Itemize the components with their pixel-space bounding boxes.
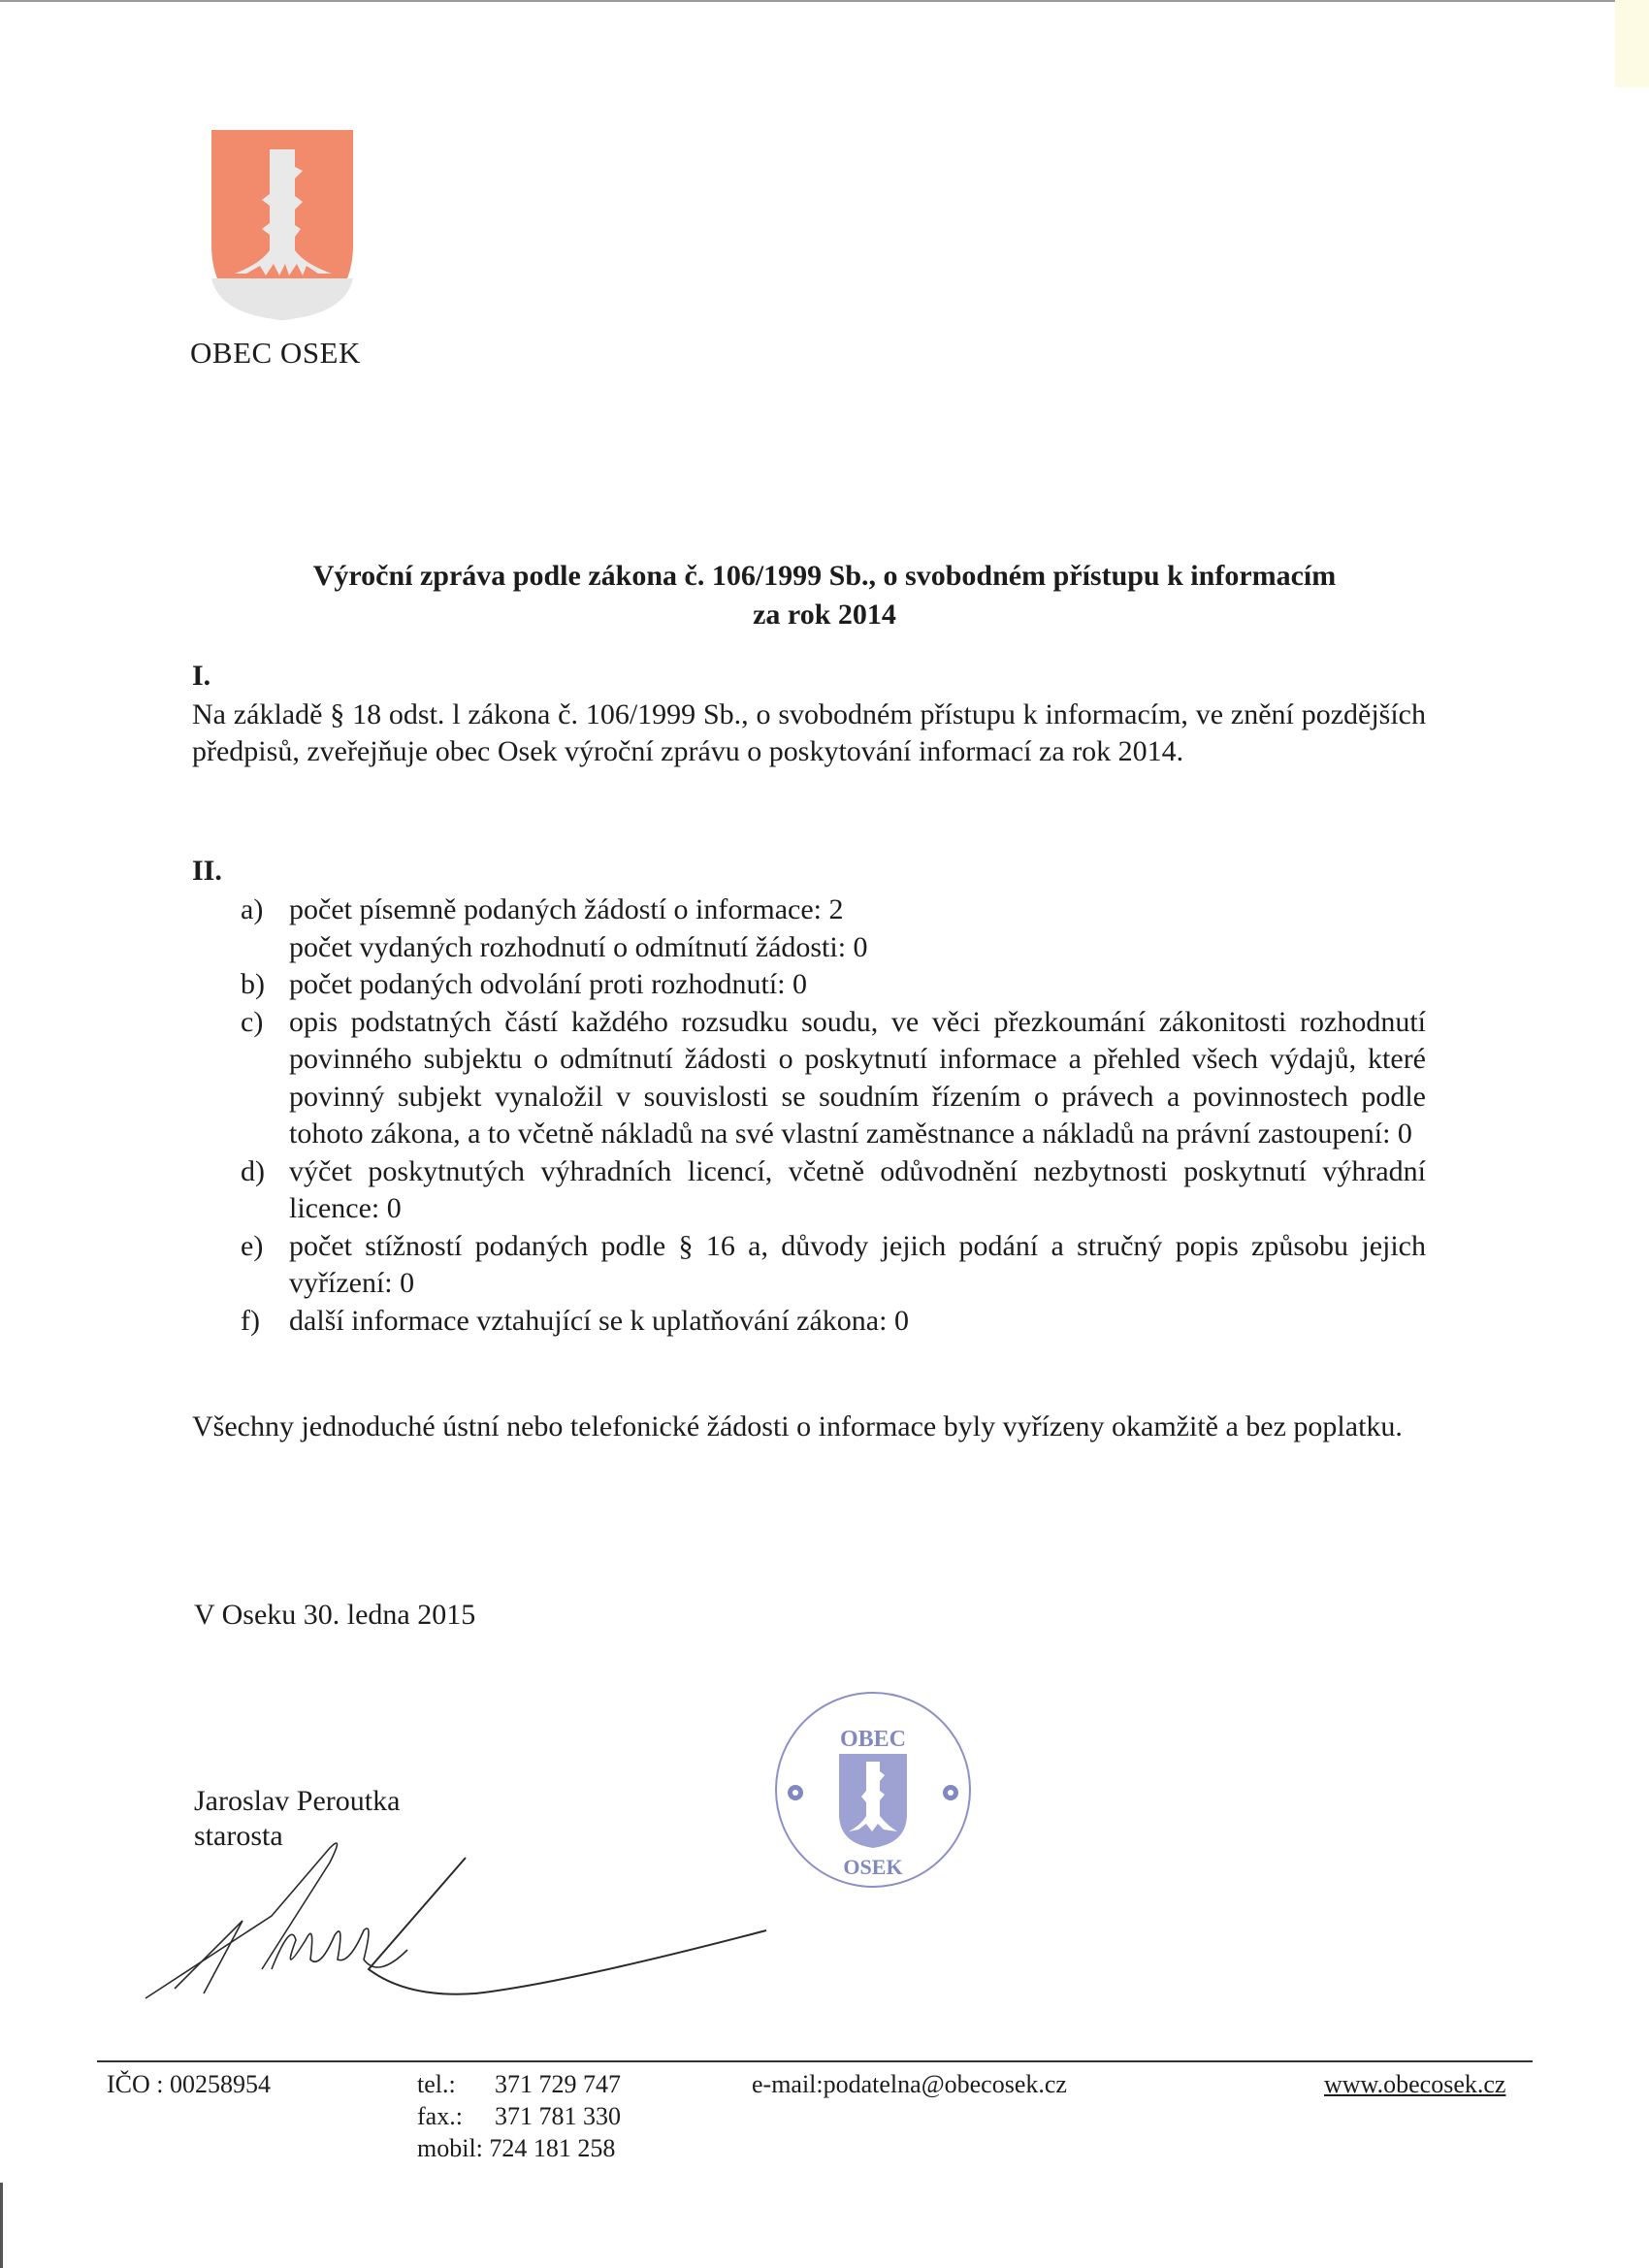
- list-item-text: opis podstatných částí každého rozsudku …: [289, 1004, 1426, 1153]
- list-marker: f): [241, 1303, 289, 1341]
- list-item-text: počet podaných odvolání proti rozhodnutí…: [289, 966, 1426, 1004]
- scan-top-edge: [0, 0, 1615, 2]
- fax-value: 371 781 330: [495, 2100, 621, 2132]
- list-item-text: výčet poskytnutých výhradních licencí, v…: [289, 1153, 1426, 1228]
- list-marker: c): [241, 1004, 289, 1153]
- title-line-1: Výroční zpráva podle zákona č. 106/1999 …: [175, 557, 1474, 596]
- section-2-heading: II.: [192, 855, 222, 888]
- list-item-line: další informace vztahující se k uplatňov…: [289, 1303, 1426, 1341]
- list-item: c)opis podstatných částí každého rozsudk…: [241, 1004, 1426, 1153]
- list-item: e)počet stížností podaných podle § 16 a,…: [241, 1228, 1426, 1303]
- list-marker: b): [241, 966, 289, 1004]
- list-item-line: opis podstatných částí každého rozsudku …: [289, 1004, 1426, 1153]
- signer-name: Jaroslav Peroutka: [194, 1783, 400, 1820]
- footer-contacts: tel.:371 729 747 fax.:371 781 330 mobil:…: [417, 2068, 621, 2164]
- list-item: d)výčet poskytnutých výhradních licencí,…: [241, 1153, 1426, 1228]
- list-item-line: počet stížností podaných podle § 16 a, d…: [289, 1228, 1426, 1303]
- list-marker: a): [241, 891, 289, 966]
- closing-note: Všechny jednoduché ústní nebo telefonick…: [192, 1409, 1426, 1445]
- section-2-list: a)počet písemně podaných žádostí o infor…: [241, 891, 1426, 1340]
- list-item: f)další informace vztahující se k uplatň…: [241, 1303, 1426, 1341]
- official-stamp-icon: OBEC OSEK: [771, 1688, 975, 1892]
- list-item: b)počet podaných odvolání proti rozhodnu…: [241, 966, 1426, 1004]
- mobil-label: mobil:: [417, 2132, 483, 2164]
- stamp-bottom-text: OSEK: [843, 1855, 902, 1879]
- list-item-text: počet písemně podaných žádostí o informa…: [289, 891, 1426, 966]
- document-title: Výroční zpráva podle zákona č. 106/1999 …: [175, 557, 1474, 634]
- signature-icon: [126, 1824, 786, 2018]
- list-item-text: další informace vztahující se k uplatňov…: [289, 1303, 1426, 1341]
- title-line-2: za rok 2014: [175, 596, 1474, 634]
- section-1-heading: I.: [192, 660, 210, 693]
- coat-of-arms-icon: [210, 128, 355, 322]
- footer-website-link[interactable]: www.obecosek.cz: [1324, 2068, 1505, 2100]
- footer-ico: IČO : 00258954: [107, 2068, 271, 2100]
- tel-label: tel.:: [417, 2068, 495, 2100]
- footer-divider: [97, 2060, 1533, 2062]
- date-line: V Oseku 30. ledna 2015: [194, 1599, 475, 1632]
- list-marker: d): [241, 1153, 289, 1228]
- scan-right-strip: [1615, 0, 1649, 87]
- mobil-value: 724 181 258: [489, 2132, 615, 2164]
- list-item-line: počet písemně podaných žádostí o informa…: [289, 891, 1426, 929]
- section-1-text: Na základě § 18 odst. l zákona č. 106/19…: [192, 697, 1426, 770]
- footer-email[interactable]: e-mail:podatelna@obecosek.cz: [752, 2068, 1067, 2100]
- list-item: a)počet písemně podaných žádostí o infor…: [241, 891, 1426, 966]
- stamp-top-text: OBEC: [840, 1727, 906, 1752]
- list-marker: e): [241, 1228, 289, 1303]
- fax-label: fax.:: [417, 2100, 495, 2132]
- list-item-line: výčet poskytnutých výhradních licencí, v…: [289, 1153, 1426, 1228]
- scan-left-edge: [0, 2183, 3, 2268]
- list-item-text: počet stížností podaných podle § 16 a, d…: [289, 1228, 1426, 1303]
- list-item-line: počet vydaných rozhodnutí o odmítnutí žá…: [289, 929, 1426, 967]
- list-item-line: počet podaných odvolání proti rozhodnutí…: [289, 966, 1426, 1004]
- tel-value: 371 729 747: [495, 2068, 621, 2100]
- org-name: OBEC OSEK: [190, 336, 361, 371]
